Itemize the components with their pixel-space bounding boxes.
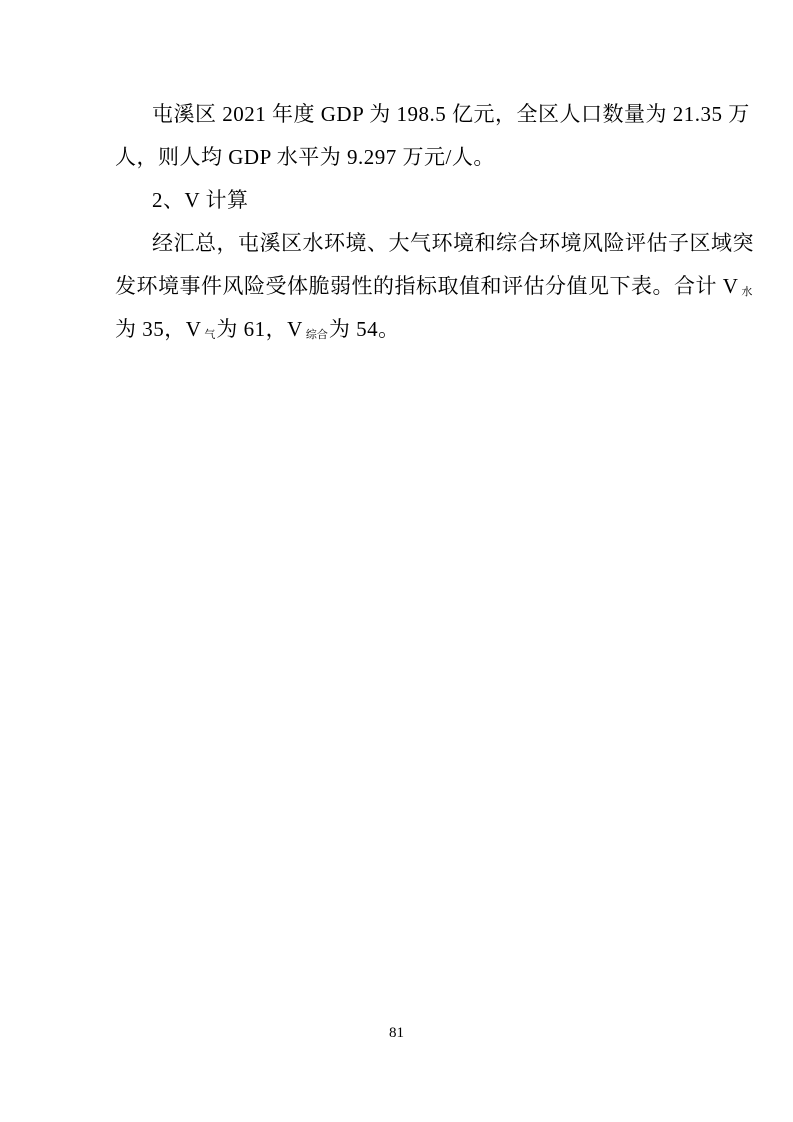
v-air-subscript: 气 <box>204 329 215 341</box>
paragraph-v-line-2: 发环境事件风险受体脆弱性的指标取值和评估分值见下表。合计 V水 <box>115 265 673 308</box>
paragraph-gdp-line-1: 屯溪区 2021 年度 GDP 为 198.5 亿元，全区人口数量为 21.35… <box>115 93 673 136</box>
paragraph-gdp-line-2: 人，则人均 GDP 水平为 9.297 万元/人。 <box>115 136 673 179</box>
paragraph-v-line-1: 经汇总，屯溪区水环境、大气环境和综合环境风险评估子区域突 <box>115 222 673 265</box>
text-segment: 发环境事件风险受体脆弱性的指标取值和评估分值见下表。合计 V <box>115 274 738 298</box>
text-segment: 为 35，V <box>115 317 201 341</box>
v-comprehensive-subscript: 综合 <box>306 329 328 341</box>
heading-v-calculation: 2、V 计算 <box>115 179 673 222</box>
page-body-text: 屯溪区 2021 年度 GDP 为 198.5 亿元，全区人口数量为 21.35… <box>115 93 673 351</box>
document-page: 屯溪区 2021 年度 GDP 为 198.5 亿元，全区人口数量为 21.35… <box>0 0 793 1122</box>
page-number: 81 <box>0 1024 793 1042</box>
text-segment: 为 61，V <box>216 317 302 341</box>
paragraph-v-line-3: 为 35，V气为 61，V综合为 54。 <box>115 308 673 351</box>
text-segment: 为 54。 <box>329 317 400 341</box>
v-water-subscript: 水 <box>741 286 752 298</box>
